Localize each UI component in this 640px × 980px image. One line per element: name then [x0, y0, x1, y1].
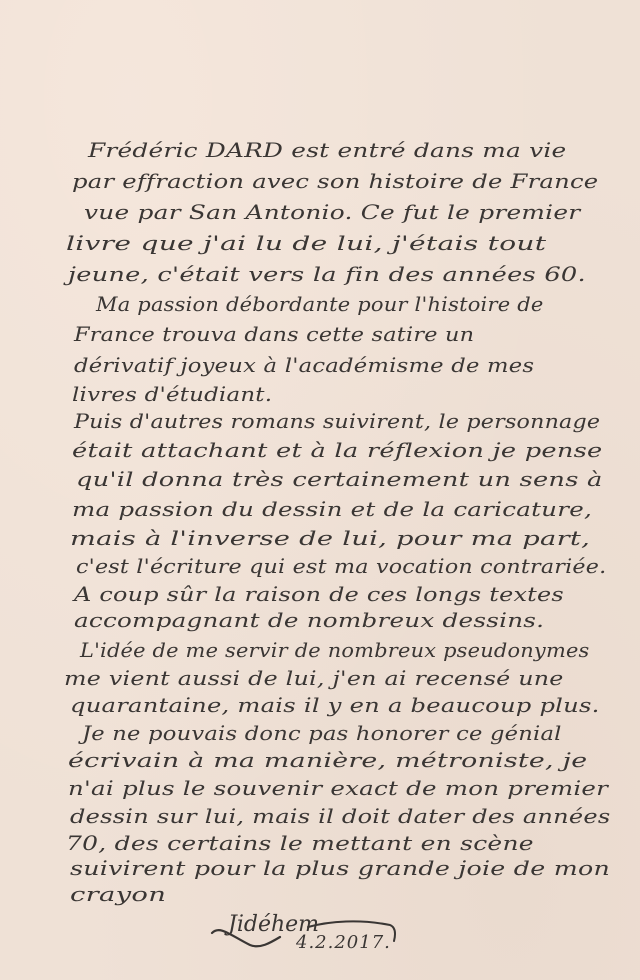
letter-line: Je ne pouvais donc pas honorer ce génial: [82, 723, 562, 743]
letter-line: livre que j'ai lu de lui, j'étais tout: [66, 233, 546, 253]
letter-line: ma passion du dessin et de la caricature…: [72, 499, 592, 519]
letter-line: Frédéric DARD est entré dans ma vie: [88, 140, 566, 160]
letter-line: jeune, c'était vers la fin des années 60…: [68, 264, 586, 284]
letter-line: quarantaine, mais il y en a beaucoup plu…: [70, 695, 600, 715]
letter-line: n'ai plus le souvenir exact de mon premi…: [68, 778, 608, 798]
letter-line: Ma passion débordante pour l'histoire de: [96, 294, 543, 314]
letter-line: dérivatif joyeux à l'académisme de mes: [74, 355, 534, 375]
letter-line: écrivain à ma manière, métroniste, je: [68, 750, 587, 770]
letter-line: dessin sur lui, mais il doit dater des a…: [70, 806, 610, 826]
letter-line: par effraction avec son histoire de Fran…: [72, 171, 598, 191]
letter-line: mais à l'inverse de lui, pour ma part,: [70, 528, 590, 548]
letter-line: suivirent pour la plus grande joie de mo…: [70, 858, 610, 878]
letter-line: crayon: [70, 884, 166, 904]
letter-line: c'est l'écriture qui est ma vocation con…: [76, 556, 606, 576]
letter-line: qu'il donna très certainement un sens à: [76, 469, 603, 489]
letter-line: A coup sûr la raison de ces longs textes: [74, 584, 564, 604]
letter-line: 70, des certains le mettant en scène: [66, 833, 534, 853]
letter-line: était attachant et à la réflexion je pen…: [72, 440, 603, 460]
letter-line: livres d'étudiant.: [72, 384, 272, 404]
letter-line: L'idée de me servir de nombreux pseudony…: [80, 640, 589, 660]
handwritten-letter-page: Frédéric DARD est entré dans ma vie par …: [0, 0, 640, 980]
letter-line: me vient aussi de lui, j'en ai recensé u…: [64, 668, 564, 688]
signature-date: 4.2.2017.: [296, 932, 391, 953]
letter-line: vue par San Antonio. Ce fut le premier: [84, 202, 580, 222]
letter-line: Puis d'autres romans suivirent, le perso…: [74, 411, 600, 431]
letter-line: accompagnant de nombreux dessins.: [74, 610, 544, 630]
letter-line: France trouva dans cette satire un: [74, 324, 474, 344]
